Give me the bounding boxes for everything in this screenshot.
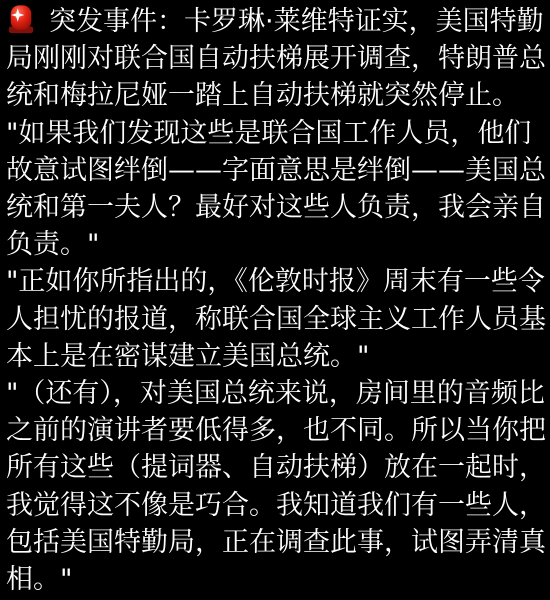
breaking-news-text: 突发事件：卡罗琳·莱维特证实，美国特勤局刚刚对联合国自动扶梯展开调查，特朗普总统… (6, 6, 546, 111)
post-paragraph-quote-2: "正如你所指出的，《伦敦时报》周末有一些令人担忧的报道，称联合国全球主义工作人员… (6, 263, 547, 375)
post-paragraph-breaking: 突发事件：卡罗琳·莱维特证实，美国特勤局刚刚对联合国自动扶梯展开调查，特朗普总统… (6, 3, 547, 115)
post-paragraph-quote-1: "如果我们发现这些是联合国工作人员，他们故意试图绊倒——字面意思是绊倒——美国总… (6, 115, 547, 264)
post-content: 突发事件：卡罗琳·莱维特证实，美国特勤局刚刚对联合国自动扶梯展开调查，特朗普总统… (0, 0, 550, 600)
police-light-icon (6, 4, 36, 34)
post-paragraph-quote-3: "（还有），对美国总统来说，房间里的音频比之前的演讲者要低得多，也不同。所以当你… (6, 375, 547, 598)
siren-dome (11, 5, 32, 29)
